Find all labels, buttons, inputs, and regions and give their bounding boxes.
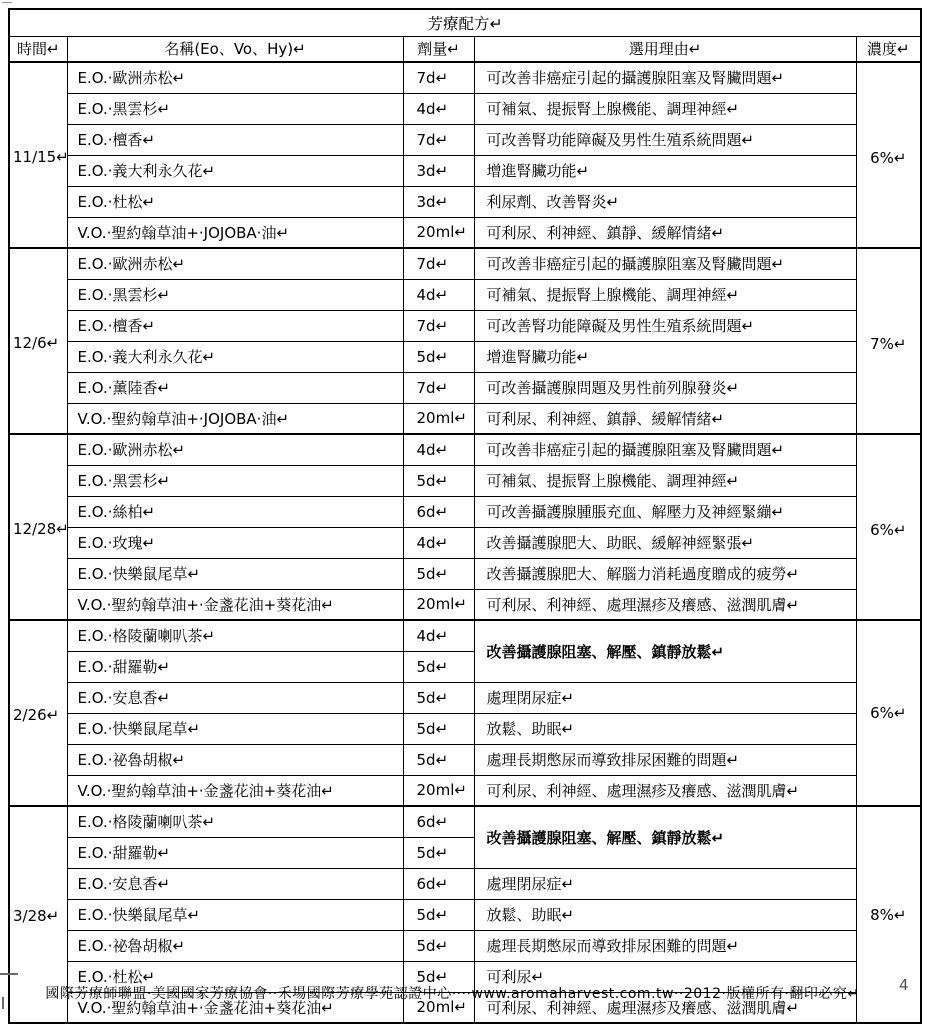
formula-row: V.O.·聖約翰草油+·JOJOBA·油↵20ml↵可利尿、利神經、鎮靜、緩解情… bbox=[9, 217, 921, 248]
formula-row: E.O.·檀香↵7d↵可改善腎功能障礙及男性生殖系統問題↵ bbox=[9, 310, 921, 341]
reason-text: 可改善腎功能障礙及男性生殖系統問題↵ bbox=[474, 310, 856, 341]
dose-value: 5d↵ bbox=[403, 837, 474, 868]
formula-row: E.O.·絲柏↵6d↵可改善攝護腺腫脹充血、解壓力及神經緊繃↵ bbox=[9, 496, 921, 527]
formula-row: E.O.·杜松↵5d↵可利尿↵ bbox=[9, 961, 921, 992]
formula-row: E.O.·黑雲杉↵4d↵可補氣、提振腎上腺機能、調理神經↵ bbox=[9, 279, 921, 310]
oil-name: V.O.·聖約翰草油+·JOJOBA·油↵ bbox=[67, 403, 403, 434]
dose-value: 20ml↵ bbox=[403, 589, 474, 620]
formula-row: E.O.·快樂鼠尾草↵5d↵放鬆、助眠↵ bbox=[9, 713, 921, 744]
reason-text: 改善攝護腺阻塞、解壓、鎮靜放鬆↵ bbox=[474, 620, 856, 682]
oil-name: V.O.·聖約翰草油+·金盞花油+葵花油↵ bbox=[67, 589, 403, 620]
dose-value: 3d↵ bbox=[403, 155, 474, 186]
reason-text: 改善攝護腺肥大、助眠、緩解神經緊張↵ bbox=[474, 527, 856, 558]
oil-name: E.O.·安息香↵ bbox=[67, 868, 403, 899]
concentration-value: 8%↵ bbox=[856, 806, 921, 1023]
reason-text: 可利尿、利神經、處理濕疹及癢感、滋潤肌膚↵ bbox=[474, 589, 856, 620]
reason-text: 可改善腎功能障礙及男性生殖系統問題↵ bbox=[474, 124, 856, 155]
row-date: 3/28↵ bbox=[9, 806, 67, 1023]
formula-row: 2/26↵E.O.·格陵蘭喇叭茶↵4d↵改善攝護腺阻塞、解壓、鎮靜放鬆↵6%↵ bbox=[9, 620, 921, 651]
reason-text: 放鬆、助眠↵ bbox=[474, 713, 856, 744]
oil-name: E.O.·歐洲赤松↵ bbox=[67, 248, 403, 279]
formula-row: 11/15↵E.O.·歐洲赤松↵7d↵可改善非癌症引起的攝護腺阻塞及腎臟問題↵6… bbox=[9, 62, 921, 93]
formula-row: E.O.·祕魯胡椒↵5d↵處理長期憋尿而導致排尿困難的問題↵ bbox=[9, 744, 921, 775]
formula-row: 12/6↵E.O.·歐洲赤松↵7d↵可改善非癌症引起的攝護腺阻塞及腎臟問題↵7%… bbox=[9, 248, 921, 279]
crop-mark-bottom-left-v bbox=[2, 997, 4, 1009]
dose-value: 7d↵ bbox=[403, 62, 474, 93]
dose-value: 20ml↵ bbox=[403, 217, 474, 248]
reason-text: 可利尿、利神經、處理濕疹及癢感、滋潤肌膚↵ bbox=[474, 775, 856, 806]
reason-text: 增進腎臟功能↵ bbox=[474, 341, 856, 372]
concentration-value: 7%↵ bbox=[856, 248, 921, 434]
dose-value: 4d↵ bbox=[403, 279, 474, 310]
reason-text: 可改善非癌症引起的攝護腺阻塞及腎臟問題↵ bbox=[474, 434, 856, 465]
dose-value: 4d↵ bbox=[403, 527, 474, 558]
dose-value: 5d↵ bbox=[403, 713, 474, 744]
concentration-value: 6%↵ bbox=[856, 434, 921, 620]
oil-name: E.O.·黑雲杉↵ bbox=[67, 279, 403, 310]
formula-row: E.O.·義大利永久花↵5d↵增進腎臟功能↵ bbox=[9, 341, 921, 372]
dose-value: 5d↵ bbox=[403, 682, 474, 713]
oil-name: E.O.·甜羅勒↵ bbox=[67, 837, 403, 868]
table-head: 芳療配方↵ 時間↵ 名稱(Eo、Vo、Hy)↵ 劑量↵ 選用理由↵ 濃度↵ bbox=[9, 9, 921, 62]
oil-name: E.O.·格陵蘭喇叭茶↵ bbox=[67, 620, 403, 651]
oil-name: E.O.·快樂鼠尾草↵ bbox=[67, 899, 403, 930]
reason-text: 處理閉尿症↵ bbox=[474, 682, 856, 713]
formula-row: E.O.·義大利永久花↵3d↵增進腎臟功能↵ bbox=[9, 155, 921, 186]
formula-row: V.O.·聖約翰草油+·金盞花油+葵花油↵20ml↵可利尿、利神經、處理濕疹及癢… bbox=[9, 992, 921, 1023]
dose-value: 4d↵ bbox=[403, 93, 474, 124]
dose-value: 4d↵ bbox=[403, 620, 474, 651]
dose-value: 20ml↵ bbox=[403, 403, 474, 434]
oil-name: E.O.·格陵蘭喇叭茶↵ bbox=[67, 806, 403, 837]
oil-name: E.O.·檀香↵ bbox=[67, 310, 403, 341]
oil-name: E.O.·歐洲赤松↵ bbox=[67, 62, 403, 93]
reason-text: 改善攝護腺阻塞、解壓、鎮靜放鬆↵ bbox=[474, 806, 856, 868]
oil-name: E.O.·安息香↵ bbox=[67, 682, 403, 713]
reason-text: 可利尿、利神經、鎮靜、緩解情緒↵ bbox=[474, 217, 856, 248]
dose-value: 5d↵ bbox=[403, 744, 474, 775]
row-date: 12/6↵ bbox=[9, 248, 67, 434]
oil-name: E.O.·祕魯胡椒↵ bbox=[67, 744, 403, 775]
concentration-value: 6%↵ bbox=[856, 62, 921, 248]
concentration-value: 6%↵ bbox=[856, 620, 921, 806]
reason-text: 可補氣、提振腎上腺機能、調理神經↵ bbox=[474, 465, 856, 496]
oil-name: E.O.·玫瑰↵ bbox=[67, 527, 403, 558]
oil-name: E.O.·薰陸香↵ bbox=[67, 372, 403, 403]
formula-row: E.O.·黑雲杉↵4d↵可補氣、提振腎上腺機能、調理神經↵ bbox=[9, 93, 921, 124]
page-number: 4 bbox=[899, 976, 909, 994]
column-header-reason: 選用理由↵ bbox=[474, 36, 856, 62]
row-date: 2/26↵ bbox=[9, 620, 67, 806]
reason-text: 增進腎臟功能↵ bbox=[474, 155, 856, 186]
formula-row: E.O.·薰陸香↵7d↵可改善攝護腺問題及男性前列腺發炎↵ bbox=[9, 372, 921, 403]
reason-text: 可利尿、利神經、處理濕疹及癢感、滋潤肌膚↵ bbox=[474, 992, 856, 1023]
dose-value: 5d↵ bbox=[403, 558, 474, 589]
dose-value: 6d↵ bbox=[403, 496, 474, 527]
oil-name: V.O.·聖約翰草油+·金盞花油+葵花油↵ bbox=[67, 992, 403, 1023]
formula-row: E.O.·快樂鼠尾草↵5d↵放鬆、助眠↵ bbox=[9, 899, 921, 930]
oil-name: E.O.·檀香↵ bbox=[67, 124, 403, 155]
column-header-concentration: 濃度↵ bbox=[856, 36, 921, 62]
dose-value: 4d↵ bbox=[403, 434, 474, 465]
dose-value: 20ml↵ bbox=[403, 775, 474, 806]
reason-text: 可利尿、利神經、鎮靜、緩解情緒↵ bbox=[474, 403, 856, 434]
table-body: 11/15↵E.O.·歐洲赤松↵7d↵可改善非癌症引起的攝護腺阻塞及腎臟問題↵6… bbox=[9, 62, 921, 1023]
reason-text: 處理長期憋尿而導致排尿困難的問題↵ bbox=[474, 930, 856, 961]
oil-name: V.O.·聖約翰草油+·金盞花油+葵花油↵ bbox=[67, 775, 403, 806]
formula-row: E.O.·安息香↵6d↵處理閉尿症↵ bbox=[9, 868, 921, 899]
row-date: 12/28↵ bbox=[9, 434, 67, 620]
formula-row: E.O.·玫瑰↵4d↵改善攝護腺肥大、助眠、緩解神經緊張↵ bbox=[9, 527, 921, 558]
dose-value: 7d↵ bbox=[403, 248, 474, 279]
dose-value: 6d↵ bbox=[403, 806, 474, 837]
formula-row: E.O.·檀香↵7d↵可改善腎功能障礙及男性生殖系統問題↵ bbox=[9, 124, 921, 155]
formula-row: V.O.·聖約翰草油+·JOJOBA·油↵20ml↵可利尿、利神經、鎮靜、緩解情… bbox=[9, 403, 921, 434]
dose-value: 7d↵ bbox=[403, 372, 474, 403]
table-title: 芳療配方↵ bbox=[9, 9, 921, 36]
dose-value: 7d↵ bbox=[403, 310, 474, 341]
column-header-time: 時間↵ bbox=[9, 36, 67, 62]
dose-value: 6d↵ bbox=[403, 868, 474, 899]
row-date: 11/15↵ bbox=[9, 62, 67, 248]
dose-value: 20ml↵ bbox=[403, 992, 474, 1023]
reason-text: 可改善非癌症引起的攝護腺阻塞及腎臟問題↵ bbox=[474, 62, 856, 93]
oil-name: E.O.·快樂鼠尾草↵ bbox=[67, 713, 403, 744]
oil-name: V.O.·聖約翰草油+·JOJOBA·油↵ bbox=[67, 217, 403, 248]
oil-name: E.O.·祕魯胡椒↵ bbox=[67, 930, 403, 961]
oil-name: E.O.·杜松↵ bbox=[67, 961, 403, 992]
reason-text: 處理長期憋尿而導致排尿困難的問題↵ bbox=[474, 744, 856, 775]
formula-row: E.O.·祕魯胡椒↵5d↵處理長期憋尿而導致排尿困難的問題↵ bbox=[9, 930, 921, 961]
formula-row: E.O.·黑雲杉↵5d↵可補氣、提振腎上腺機能、調理神經↵ bbox=[9, 465, 921, 496]
crop-mark-top-left bbox=[2, 2, 12, 3]
oil-name: E.O.·義大利永久花↵ bbox=[67, 341, 403, 372]
reason-text: 可改善非癌症引起的攝護腺阻塞及腎臟問題↵ bbox=[474, 248, 856, 279]
formula-row: V.O.·聖約翰草油+·金盞花油+葵花油↵20ml↵可利尿、利神經、處理濕疹及癢… bbox=[9, 589, 921, 620]
oil-name: E.O.·黑雲杉↵ bbox=[67, 465, 403, 496]
dose-value: 5d↵ bbox=[403, 465, 474, 496]
formula-table: 芳療配方↵ 時間↵ 名稱(Eo、Vo、Hy)↵ 劑量↵ 選用理由↵ 濃度↵ 11… bbox=[8, 8, 922, 1024]
dose-value: 5d↵ bbox=[403, 899, 474, 930]
column-header-dose: 劑量↵ bbox=[403, 36, 474, 62]
document-page: 芳療配方↵ 時間↵ 名稱(Eo、Vo、Hy)↵ 劑量↵ 選用理由↵ 濃度↵ 11… bbox=[0, 0, 925, 1024]
formula-row: 3/28↵E.O.·格陵蘭喇叭茶↵6d↵改善攝護腺阻塞、解壓、鎮靜放鬆↵8%↵ bbox=[9, 806, 921, 837]
oil-name: E.O.·杜松↵ bbox=[67, 186, 403, 217]
dose-value: 3d↵ bbox=[403, 186, 474, 217]
oil-name: E.O.·義大利永久花↵ bbox=[67, 155, 403, 186]
formula-row: V.O.·聖約翰草油+·金盞花油+葵花油↵20ml↵可利尿、利神經、處理濕疹及癢… bbox=[9, 775, 921, 806]
formula-row: E.O.·杜松↵3d↵利尿劑、改善腎炎↵ bbox=[9, 186, 921, 217]
crop-mark-bottom-left-h bbox=[0, 973, 18, 975]
formula-row: E.O.·快樂鼠尾草↵5d↵改善攝護腺肥大、解腦力消耗過度贈成的疲勞↵ bbox=[9, 558, 921, 589]
header-row: 時間↵ 名稱(Eo、Vo、Hy)↵ 劑量↵ 選用理由↵ 濃度↵ bbox=[9, 36, 921, 62]
oil-name: E.O.·甜羅勒↵ bbox=[67, 651, 403, 682]
column-header-name: 名稱(Eo、Vo、Hy)↵ bbox=[67, 36, 403, 62]
dose-value: 5d↵ bbox=[403, 961, 474, 992]
reason-text: 可補氣、提振腎上腺機能、調理神經↵ bbox=[474, 93, 856, 124]
reason-text: 處理閉尿症↵ bbox=[474, 868, 856, 899]
reason-text: 可改善攝護腺腫脹充血、解壓力及神經緊繃↵ bbox=[474, 496, 856, 527]
dose-value: 5d↵ bbox=[403, 930, 474, 961]
reason-text: 放鬆、助眠↵ bbox=[474, 899, 856, 930]
oil-name: E.O.·絲柏↵ bbox=[67, 496, 403, 527]
dose-value: 5d↵ bbox=[403, 341, 474, 372]
oil-name: E.O.·歐洲赤松↵ bbox=[67, 434, 403, 465]
reason-text: 可補氣、提振腎上腺機能、調理神經↵ bbox=[474, 279, 856, 310]
title-row: 芳療配方↵ bbox=[9, 9, 921, 36]
reason-text: 可利尿↵ bbox=[474, 961, 856, 992]
formula-row: 12/28↵E.O.·歐洲赤松↵4d↵可改善非癌症引起的攝護腺阻塞及腎臟問題↵6… bbox=[9, 434, 921, 465]
dose-value: 5d↵ bbox=[403, 651, 474, 682]
formula-row: E.O.·安息香↵5d↵處理閉尿症↵ bbox=[9, 682, 921, 713]
reason-text: 利尿劑、改善腎炎↵ bbox=[474, 186, 856, 217]
oil-name: E.O.·黑雲杉↵ bbox=[67, 93, 403, 124]
reason-text: 改善攝護腺肥大、解腦力消耗過度贈成的疲勞↵ bbox=[474, 558, 856, 589]
oil-name: E.O.·快樂鼠尾草↵ bbox=[67, 558, 403, 589]
dose-value: 7d↵ bbox=[403, 124, 474, 155]
reason-text: 可改善攝護腺問題及男性前列腺發炎↵ bbox=[474, 372, 856, 403]
